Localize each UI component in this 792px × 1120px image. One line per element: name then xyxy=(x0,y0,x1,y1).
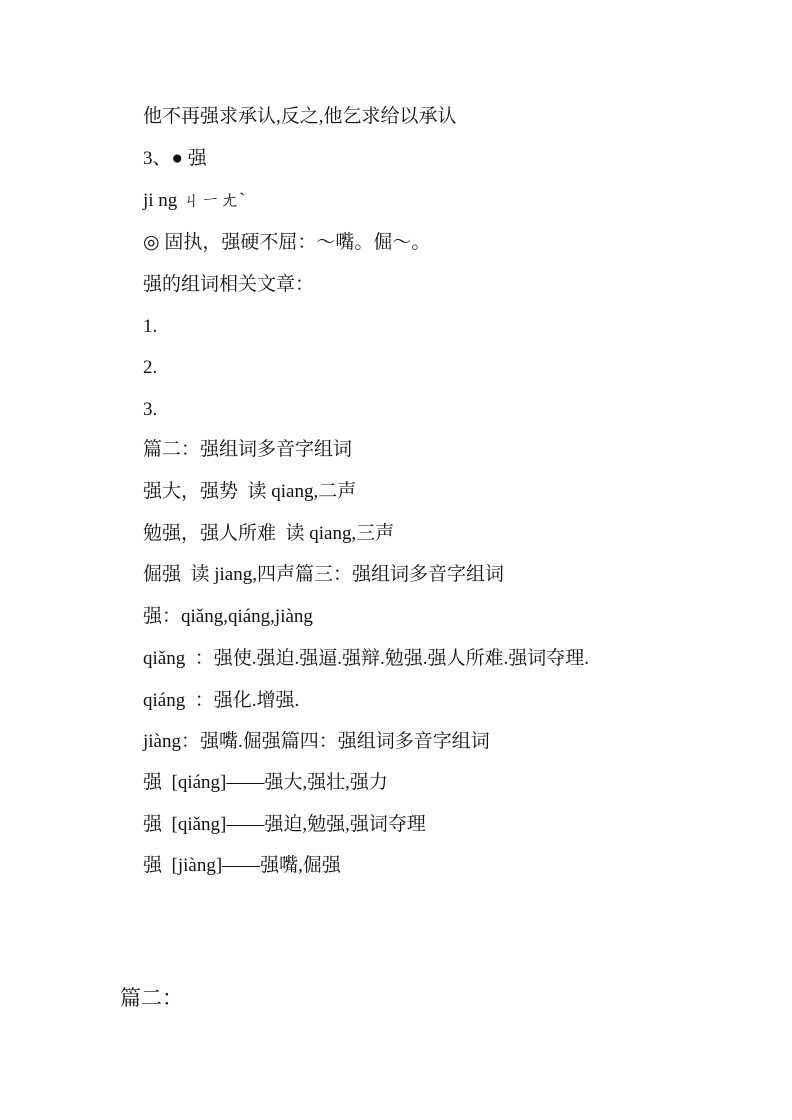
text-line-qiang3-words: qiǎng ：强使.强迫.强逼.强辩.勉强.强人所难.强词夺理. xyxy=(143,647,589,671)
text-line-third-tone: 勉强，强人所难 读 qiang,三声 xyxy=(143,522,394,546)
text-line-entry-3: 3、● 强 xyxy=(143,147,207,171)
text-line-jiang4-words: jiàng：强嘴.倔强篇四：强组词多音字组词 xyxy=(143,730,490,754)
text-line-related-articles: 强的组词相关文章： xyxy=(143,273,314,297)
text-line-part-2-title: 篇二：强组词多音字组词 xyxy=(143,438,352,462)
text-line-item-2: 2. xyxy=(143,356,157,380)
text-line-qiang2-words: qiáng ：强化.增强. xyxy=(143,689,299,713)
text-line-fourth-tone: 倔强 读 jiang,四声篇三：强组词多音字组词 xyxy=(143,563,504,587)
text-line-chengren: 他不再强求承认,反之,他乞求给以承认 xyxy=(143,105,457,129)
text-line-pinyin-zhuyin: ji ng ㄐㄧㄤˋ xyxy=(143,189,245,213)
text-line-item-3: 3. xyxy=(143,398,157,422)
text-line-readings: 强：qiǎng,qiáng,jiàng xyxy=(143,605,313,629)
text-line-bracket-qiang2: 强 [qiáng]——强大,强壮,强力 xyxy=(143,771,388,795)
text-line-bracket-qiang3: 强 [qiǎng]——强迫,勉强,强词夺理 xyxy=(143,813,426,837)
text-line-definition: ◎ 固执，强硬不屈：～嘴。倔～。 xyxy=(143,231,430,255)
section-heading: 篇二： xyxy=(120,985,183,1011)
text-line-bracket-jiang4: 强 [jiàng]——强嘴,倔强 xyxy=(143,854,341,878)
text-line-second-tone: 强大，强势 读 qiang,二声 xyxy=(143,480,356,504)
text-line-item-1: 1. xyxy=(143,315,157,339)
